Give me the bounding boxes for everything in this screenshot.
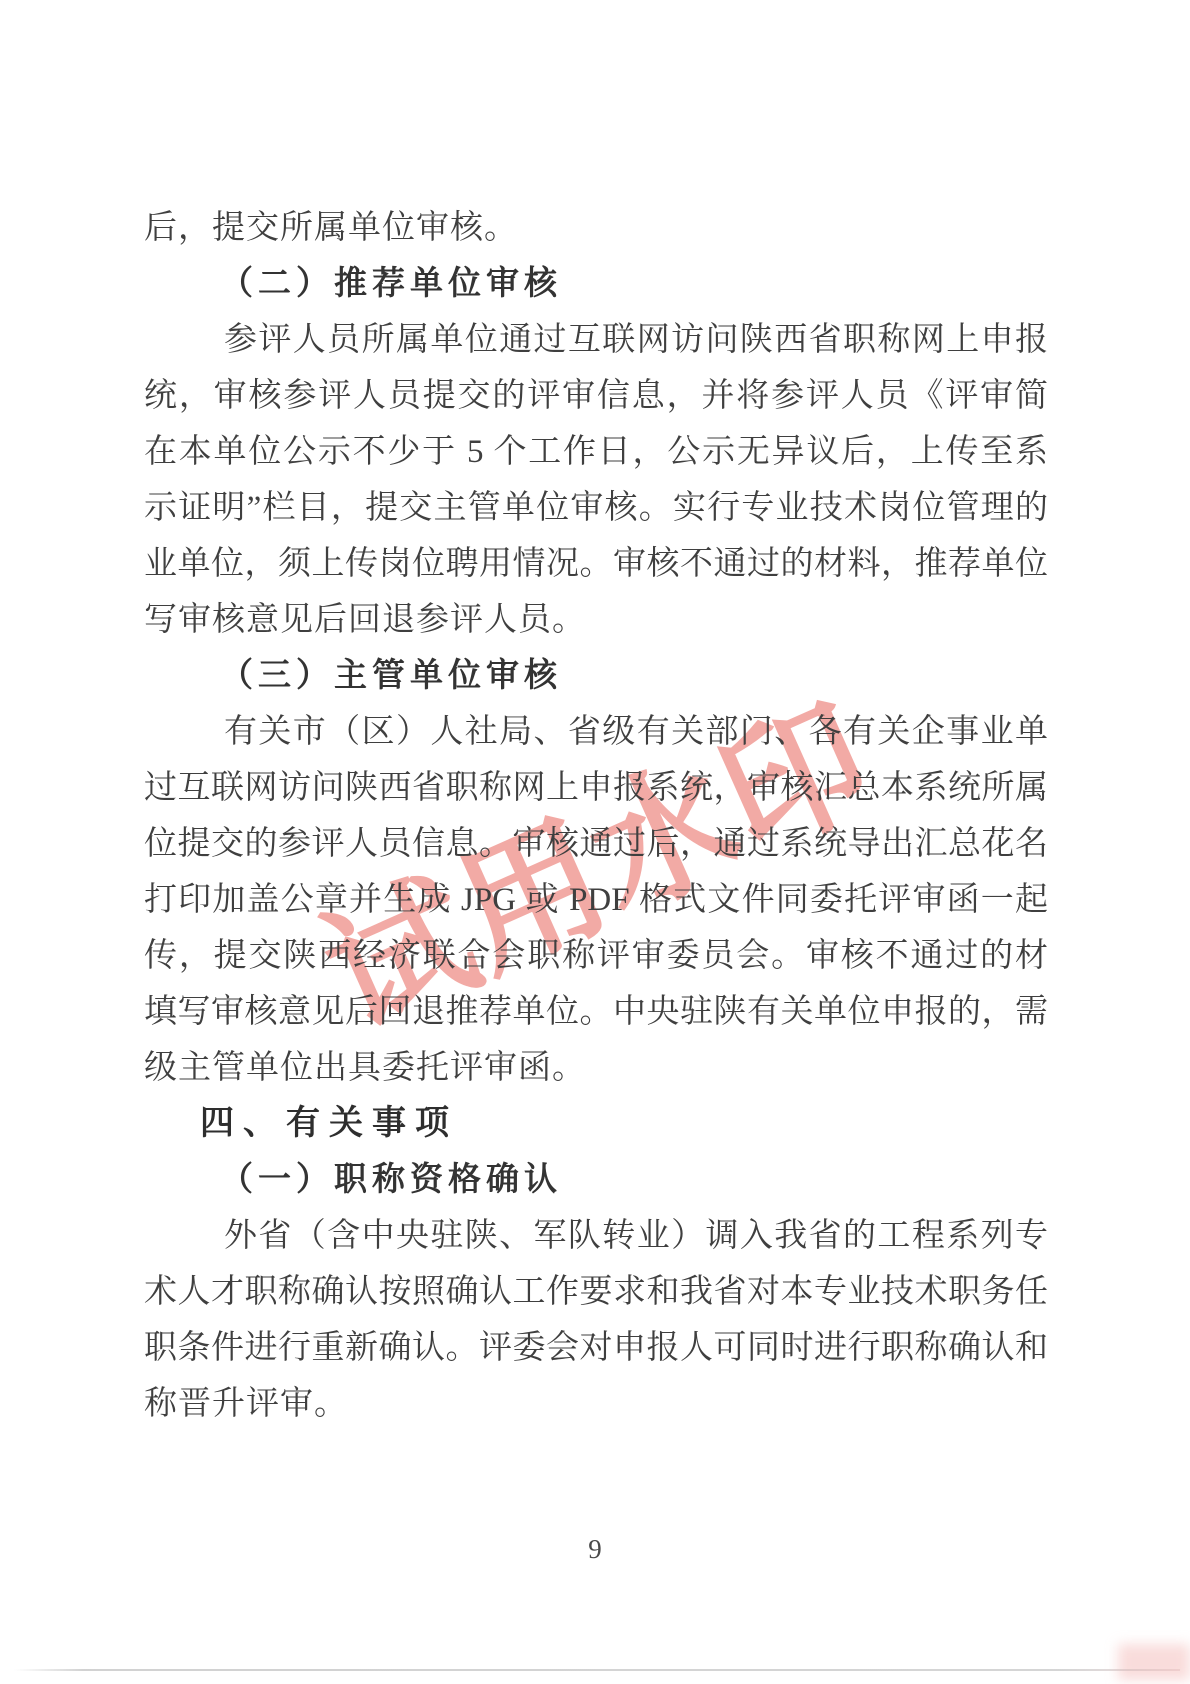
text-line: 参评人员所属单位通过互联网访问陕西省职称网上申报系: [144, 312, 1048, 368]
text-line: 有关市（区）人社局、省级有关部门、各有关企事业单位通: [144, 704, 1048, 760]
text-line: 位提交的参评人员信息。审核通过后，通过系统导出汇总花名册，: [144, 816, 1048, 872]
heading-line: （三）主管单位审核: [144, 648, 1048, 704]
text-line: 术人才职称确认按照确认工作要求和我省对本专业技术职务任: [144, 1264, 1048, 1320]
heading-line: （一）职称资格确认: [144, 1152, 1048, 1208]
heading-line: （二）推荐单位审核: [144, 256, 1048, 312]
text-line: 级主管单位出具委托评审函。: [144, 1040, 1048, 1096]
page-number: 9: [0, 1534, 1190, 1565]
scan-edge-line: [14, 1669, 1180, 1671]
heading-line: 四、有关事项: [144, 1096, 1048, 1152]
text-line: 称晋升评审。: [144, 1376, 1048, 1432]
text-line: 外省（含中央驻陕、军队转业）调入我省的工程系列专业技: [144, 1208, 1048, 1264]
document-lines: 后，提交所属单位审核。（二）推荐单位审核参评人员所属单位通过互联网访问陕西省职称…: [144, 200, 1048, 1432]
text-line: 打印加盖公章并生成 JPG 或 PDF 格式文件同委托评审函一起上: [144, 872, 1048, 928]
scan-artifact-pink: [1118, 1644, 1190, 1680]
text-line: 业单位，须上传岗位聘用情况。审核不通过的材料，推荐单位填: [144, 536, 1048, 592]
text-line: 示证明”栏目，提交主管单位审核。实行专业技术岗位管理的事: [144, 480, 1048, 536]
text-line: 过互联网访问陕西省职称网上申报系统，审核汇总本系统所属单: [144, 760, 1048, 816]
text-line: 在本单位公示不少于 5 个工作日，公示无异议后，上传至系统“公: [144, 424, 1048, 480]
text-line: 后，提交所属单位审核。: [144, 200, 1048, 256]
text-line: 写审核意见后回退参评人员。: [144, 592, 1048, 648]
text-line: 填写审核意见后回退推荐单位。中央驻陕有关单位申报的，需上: [144, 984, 1048, 1040]
text-line: 传，提交陕西经济联合会职称评审委员会。审核不通过的材料，: [144, 928, 1048, 984]
document-page: 试用水印 后，提交所属单位审核。（二）推荐单位审核参评人员所属单位通过互联网访问…: [0, 0, 1190, 1684]
text-line: 统，审核参评人员提交的评审信息，并将参评人员《评审简表》: [144, 368, 1048, 424]
text-line: 职条件进行重新确认。评委会对申报人可同时进行职称确认和职: [144, 1320, 1048, 1376]
